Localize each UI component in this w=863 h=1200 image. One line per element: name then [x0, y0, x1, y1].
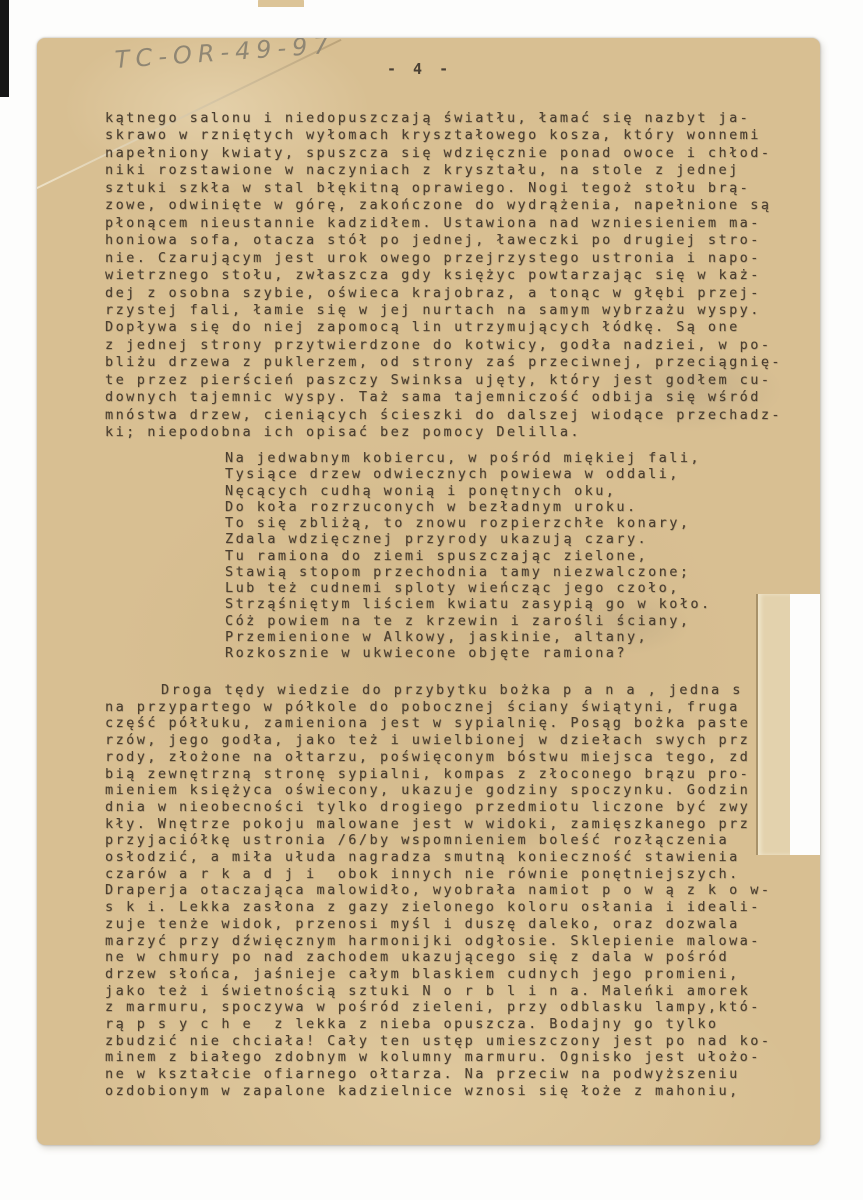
text-line: Przemienione w Alkowy, jaskinie, altany,: [225, 629, 712, 645]
text-line: napełniony kwiaty, spuszcza się wdzięczn…: [105, 145, 782, 162]
document-page: TC-OR-49-97 - 4 - kątnego salonu i niedo…: [37, 38, 820, 1145]
text-line: rzystej fali, łamie się w jej nurtach na…: [105, 302, 782, 319]
text-line: Tu ramiona do ziemi spuszczając zielone,: [225, 548, 712, 564]
text-line: marzyć przy dźwięcznym harmonijki odgłos…: [105, 933, 771, 950]
text-line: ne w chmury po nad zachodem ukazującego …: [105, 949, 771, 966]
page-number: - 4 -: [387, 60, 452, 78]
text-line: te przez pierścień paszczy Swinksa ujęty…: [105, 372, 782, 389]
handwritten-reference-code: TC-OR-49-97: [114, 38, 335, 74]
paragraph-1: kątnego salonu i niedopuszczają światłu,…: [105, 110, 782, 442]
text-line: Stawią stopom przechodnia tamy niezwalcz…: [225, 564, 712, 580]
text-line: dej z osobna szybie, oświeca krajobraz, …: [105, 285, 782, 302]
scanner-edge-mark: [0, 0, 9, 97]
scan-background: { "document": { "reference_code": "TC-OR…: [0, 0, 863, 1200]
torn-edge-strip: [756, 594, 792, 855]
text-line: ne w kształcie ofiarnego ołtarza. Na prz…: [105, 1066, 771, 1083]
torn-top-edge-bump: [258, 0, 304, 7]
text-line: Zdala wdzięcznej przyrody ukazują czary.: [225, 531, 712, 547]
text-line: z jednej strony przytwierdzone do kotwic…: [105, 337, 782, 354]
text-line: Dopływa się do niej zapomocą lin utrzymu…: [105, 319, 782, 336]
text-line: rody, złożone na ołtarzu, poświęconym bó…: [105, 749, 771, 766]
text-line: ozdobionym w zapalone kadzielnice wznosi…: [105, 1083, 771, 1100]
text-line: z marmuru, spoczywa w pośród zieleni, pr…: [105, 999, 771, 1016]
text-line: osłodzić, a miła ułuda nagradza smutną k…: [105, 849, 771, 866]
text-line: na przypartego w półkole do pobocznej śc…: [105, 699, 771, 716]
text-line: kątnego salonu i niedopuszczają światłu,…: [105, 110, 782, 127]
text-line: wietrznego stołu, zwłaszcza gdy księżyc …: [105, 267, 782, 284]
torn-edge-notch: [790, 594, 820, 855]
text-line: przyjaciółkę ustronia /6/by wspomnieniem…: [105, 832, 771, 849]
poem-quotation: Na jedwabnym kobiercu, w pośród miękiej …: [225, 450, 712, 661]
text-line: Droga tędy wiedzie do przybytku bożka p …: [105, 682, 771, 699]
text-line: Strząśniętym liściem kwiatu zasypią go w…: [225, 596, 712, 612]
text-line: rą p s y c h e z lekka z nieba opuszcza.…: [105, 1016, 771, 1033]
text-line: płonącem nieustannie kadzidłem. Ustawion…: [105, 215, 782, 232]
text-line: Cóż powiem na te z krzewin i zarośli ści…: [225, 613, 712, 629]
text-line: drzew słońca, jaśnieje całym blaskiem cu…: [105, 966, 771, 983]
text-line: mnóstwa drzew, cieniących ścieszki do da…: [105, 407, 782, 424]
text-line: skrawo w rzniętych wyłomach kryształoweg…: [105, 127, 782, 144]
text-line: dnia w nieobecności tylko drogiego przed…: [105, 799, 771, 816]
text-line: jako też i świetnością sztuki N o r b l …: [105, 983, 771, 1000]
text-line: Do koła rozrzuconych w bezładnym uroku.: [225, 499, 712, 515]
text-line: niki rozstawione w naczyniach z kryształ…: [105, 162, 782, 179]
text-line: nie. Czarującym jest urok owego przejrzy…: [105, 250, 782, 267]
text-line: Nęcących cudhą wonią i ponętnych oku,: [225, 483, 712, 499]
text-line: Rozkosznie w ukwiecone objęte ramiona?: [225, 645, 712, 661]
text-line: Tysiące drzew odwiecznych powiewa w odda…: [225, 466, 712, 482]
text-line: rzów, jego godła, jako też i uwielbionej…: [105, 732, 771, 749]
text-line: ki; niepodobna ich opisać bez pomocy Del…: [105, 424, 782, 441]
text-line: kły. Wnętrze pokoju malowane jest w wido…: [105, 816, 771, 833]
text-line: mieniem księżyca oświecony, ukazuje godz…: [105, 782, 771, 799]
text-line: downych tajemnic wyspy. Taż sama tajemni…: [105, 389, 782, 406]
text-line: honiowa sofa, otacza stół po jednej, ław…: [105, 232, 782, 249]
text-line: bliżu drzewa z puklerzem, od strony zaś …: [105, 354, 782, 371]
text-line: Na jedwabnym kobiercu, w pośród miękiej …: [225, 450, 712, 466]
text-line: To się zbliżą, to znowu rozpierzchłe kon…: [225, 515, 712, 531]
text-line: zbudzić nie chciała! Cały ten ustęp umie…: [105, 1033, 771, 1050]
text-line: zowe, odwinięte w górę, zakończone do wy…: [105, 197, 782, 214]
text-line: część półłuku, zamieniona jest w sypialn…: [105, 715, 771, 732]
paragraph-2: Droga tędy wiedzie do przybytku bożka p …: [105, 682, 771, 1100]
text-line: czarów a r k a d j i obok innych nie rów…: [105, 866, 771, 883]
text-line: Lub też cudnemi sploty wieńcząc jego czo…: [225, 580, 712, 596]
text-line: zuje tenże widok, przenosi myśl i duszę …: [105, 916, 771, 933]
text-line: bią zewnętrzną stronę sypialni, kompas z…: [105, 766, 771, 783]
text-line: sztuki szkła w stal błękitną oprawiego. …: [105, 180, 782, 197]
text-line: minem z białego zdobnym w kolumny marmur…: [105, 1049, 771, 1066]
text-line: Draperja otaczająca malowidło, wyobrała …: [105, 882, 771, 899]
text-line: s k i. Lekka zasłona z gazy zielonego ko…: [105, 899, 771, 916]
